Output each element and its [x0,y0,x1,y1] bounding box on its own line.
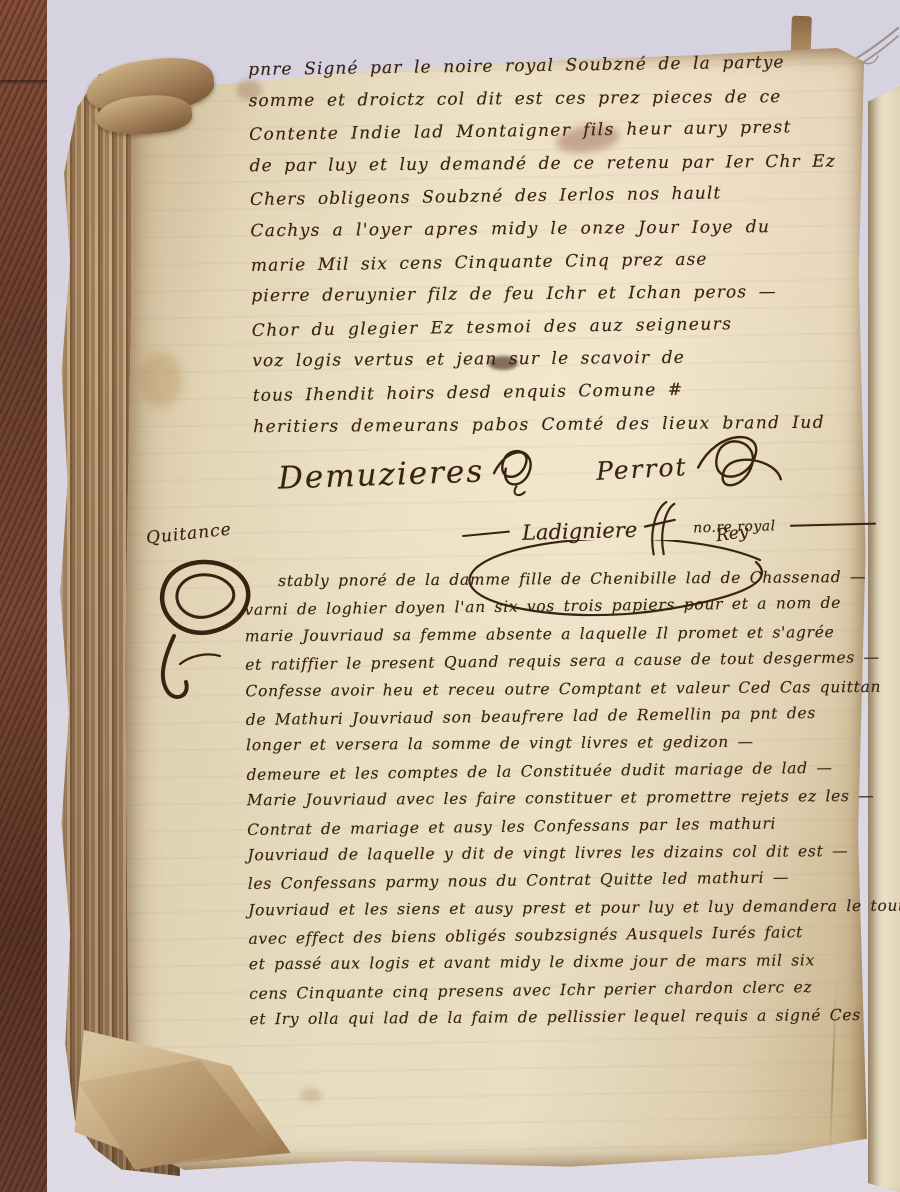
paragraph-closing: pnre Signé par le noire royal Soubzné de… [248,46,840,445]
text-line: et Iry olla qui lad de la faim de pellis… [249,1002,900,1034]
text-line: longer et versera la somme de vingt livr… [246,728,900,760]
signature-name: Perrot [595,452,688,486]
text-line: Jouvriaud et les siens et ausy prest et … [248,892,900,924]
text-line: et passé aux logis et avant midy le dixm… [249,947,900,979]
decorated-initial-flourish [150,552,254,704]
signature-perrot: Perrot [594,429,785,503]
paraph-loop-flourish [692,429,785,498]
text-line: somme et droictz col dit est ces prez pi… [249,80,835,117]
signature-lead-stroke [462,530,510,537]
text-line: Marie Jouvriaud avec les faire constitue… [247,783,900,815]
text-line: Confesse avoir heu et receu outre Compta… [245,673,900,705]
signature-trailing-stroke [790,523,876,527]
text-line: voz logis vertus et jean sur le scavoir … [252,341,838,378]
text-line: marie Jouvriaud sa femme absente a laque… [245,618,900,650]
signature-name: Demuzieres [277,453,484,496]
text-line: de par luy et luy demandé de ce retenu p… [249,145,835,182]
wood-table-edge [0,0,47,1192]
text-line: Jouvriaud de laquelle y dit de vingt liv… [247,838,900,870]
paragraph-quittance: stably pnoré de la damme fille de Chenib… [244,562,900,1036]
signature-demuzieres: Demuzieres [277,441,543,506]
text-line: stably pnoré de la damme fille de Chenib… [244,564,900,596]
manuscript-photograph: pnre Signé par le noire royal Soubzné de… [0,0,900,1192]
text-line: Cachys a l'oyer apres midy le onze Jour … [250,211,836,248]
text-line: pierre deruynier filz de feu Ichr et Ich… [251,276,837,313]
wood-board-seam [0,80,47,85]
paraph-knot-flourish [489,441,543,499]
